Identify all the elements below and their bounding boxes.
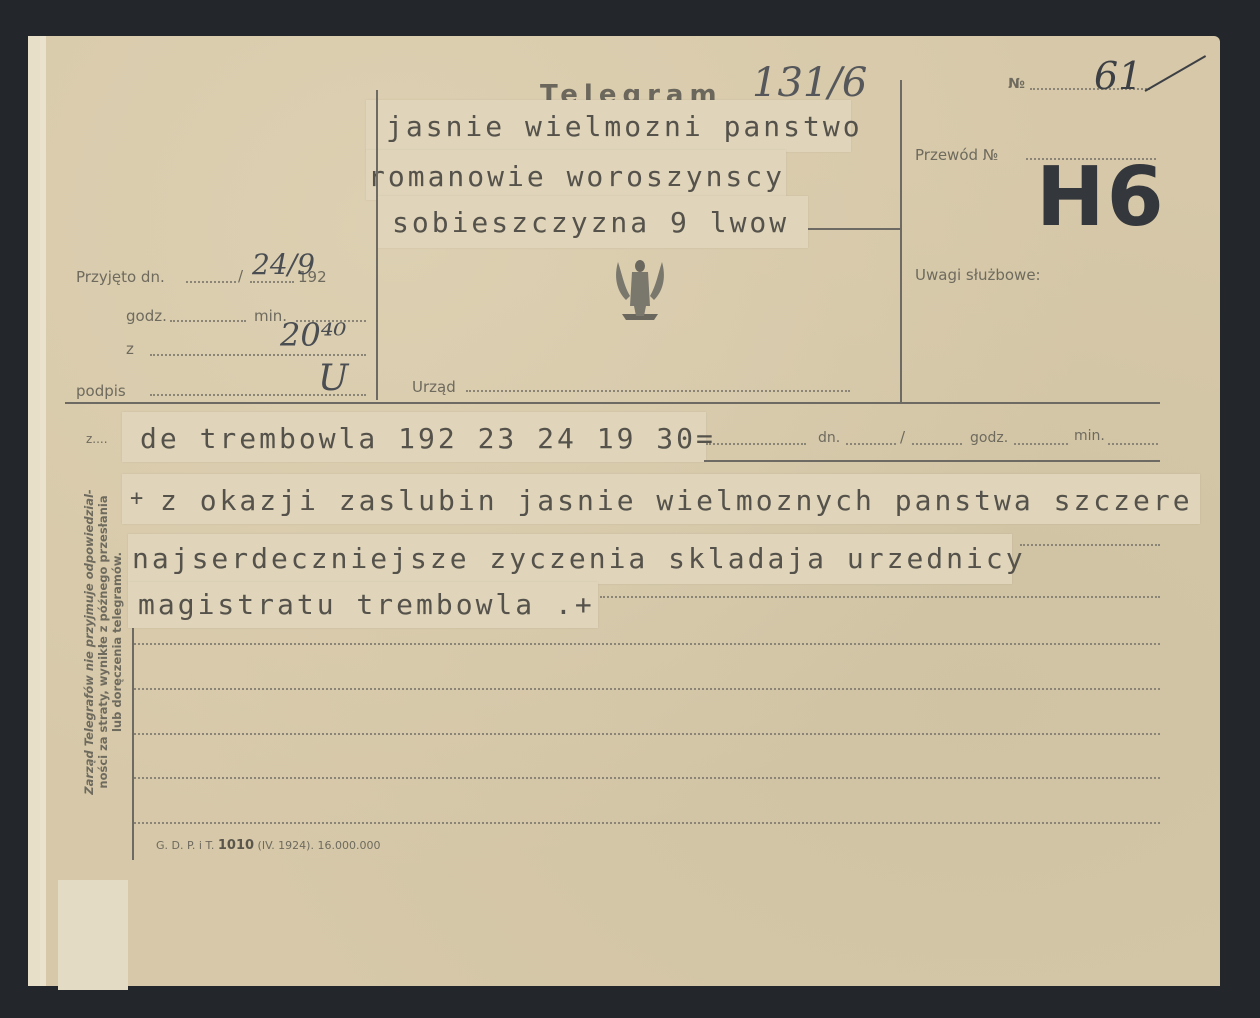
origin-text: de trembowla 192 23 24 19 30= — [140, 422, 716, 455]
ruled-line-4 — [134, 777, 1160, 779]
message-dots-2 — [1020, 544, 1160, 546]
address-line-2: romanowie woroszynscy — [368, 160, 785, 193]
number-label: № — [1008, 76, 1025, 92]
godz-label: godz. — [126, 307, 167, 325]
urzad-label: Urząd — [412, 378, 456, 396]
ruled-line-3 — [134, 733, 1160, 735]
uwagi-label: Uwagi służbowe: — [915, 266, 1041, 284]
time-handwritten: 20⁴⁰ — [280, 316, 346, 354]
urzad-dots — [466, 390, 850, 392]
origin-underline — [704, 460, 1160, 462]
podpis-handwritten: U — [318, 358, 348, 399]
frame-line-mid — [65, 402, 1160, 404]
side-notice-line-1: Zarząd Telegrafów nie przyjmuje odpowied… — [82, 432, 96, 852]
imprint-suffix: (IV. 1924). 16.000.000 — [258, 839, 381, 852]
przyjeto-dots — [186, 281, 236, 283]
ruled-line-2 — [134, 688, 1160, 690]
podpis-label: podpis — [76, 382, 126, 400]
frame-line-left — [376, 90, 378, 400]
origin-dots-2 — [846, 443, 896, 445]
frame-line-body-left — [132, 600, 134, 860]
przyjeto-label: Przyjęto dn. — [76, 268, 165, 286]
origin-godz-label: godz. — [970, 430, 1008, 446]
message-marker: + — [130, 486, 146, 511]
date-sep: / — [238, 267, 243, 285]
page-edge — [40, 36, 46, 986]
eagle-emblem-icon — [608, 256, 672, 328]
date-handwritten: 24/9 — [252, 248, 315, 281]
przyjeto-dots-2 — [250, 281, 294, 283]
origin-dn-label: dn. — [818, 430, 840, 446]
godz-dots — [170, 320, 246, 322]
message-dots-3 — [600, 596, 1160, 598]
z-dots — [150, 354, 366, 356]
frame-line-right — [900, 80, 902, 402]
origin-min-label: min. — [1074, 428, 1105, 444]
origin-dots-5 — [1108, 443, 1158, 445]
message-line-3: magistratu trembowla .+ — [138, 588, 595, 621]
side-notice: Zarząd Telegrafów nie przyjmuje odpowied… — [82, 432, 124, 852]
ruled-line-1 — [134, 643, 1160, 645]
z-label: z — [126, 340, 134, 358]
address-line-3: sobieszczyzna 9 lwow — [392, 206, 789, 239]
imprint: G. D. P. i T. 1010 (IV. 1924). 16.000.00… — [156, 838, 380, 853]
przewod-label: Przewód № — [915, 146, 998, 164]
address-line-1: jasnie wielmozni panstwo — [386, 110, 863, 143]
ruled-line-5 — [134, 822, 1160, 824]
przewod-value: H6 — [1036, 150, 1166, 245]
frame-line-top-right — [808, 228, 900, 230]
imprint-prefix: G. D. P. i T. — [156, 839, 214, 852]
origin-slash: / — [900, 428, 905, 446]
number-value: 61 — [1094, 54, 1142, 98]
side-notice-line-2: ności za straty, wynikłe z późnego przes… — [96, 432, 110, 852]
side-notice-line-3: lub doręczenia telegramów. — [110, 432, 124, 852]
origin-dots-3 — [912, 443, 962, 445]
origin-dots-4 — [1014, 443, 1068, 445]
form-title: Telegram — [540, 80, 723, 100]
imprint-number: 1010 — [218, 838, 254, 853]
message-line-2: najserdeczniejsze zyczenia skladaja urze… — [132, 542, 1026, 575]
origin-dots-1 — [706, 443, 806, 445]
folded-corner — [58, 880, 128, 990]
message-line-1: z okazji zaslubin jasnie wielmoznych pan… — [160, 484, 1193, 517]
